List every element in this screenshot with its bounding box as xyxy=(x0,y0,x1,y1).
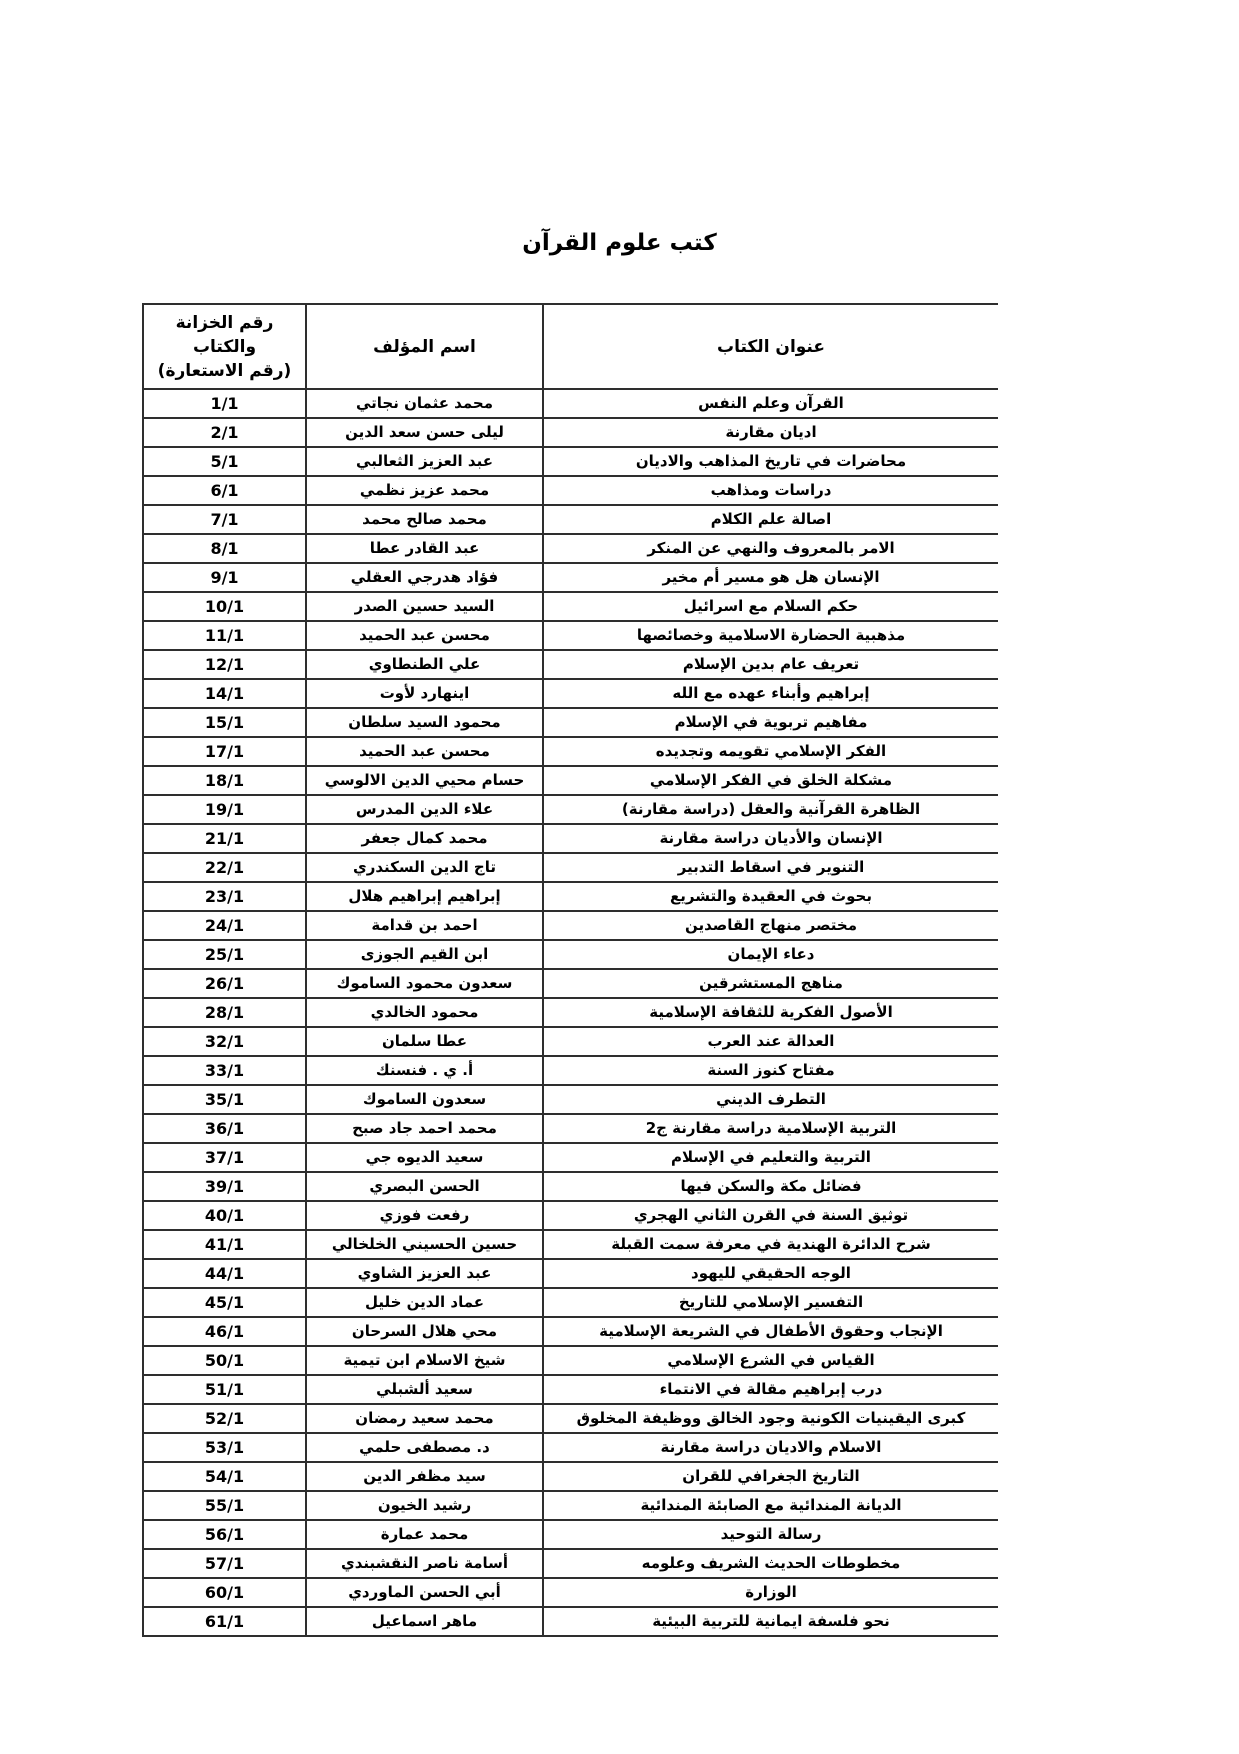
book-title-cell: رسالة التوحيد xyxy=(543,1520,998,1549)
table-row: الإنجاب وحقوق الأطفال في الشريعة الإسلام… xyxy=(143,1317,998,1346)
book-title-cell: الديانة المندائية مع الصابئة المندائية xyxy=(543,1491,998,1520)
shelf-number-value: 18/1 xyxy=(205,770,244,791)
table-row: اديان مقارنة ليلى حسن سعد الدين 2/1 xyxy=(143,418,998,447)
author-cell: محي هلال السرحان xyxy=(306,1317,543,1346)
books-table: عنوان الكتاب اسم المؤلف رقم الخزانة والك… xyxy=(142,303,998,1637)
book-title-cell: دعاء الإيمان xyxy=(543,940,998,969)
author-cell: محمد عزيز نظمي xyxy=(306,476,543,505)
book-title-cell: إبراهيم وأبناء عهده مع الله xyxy=(543,679,998,708)
author-cell: احمد بن قدامة xyxy=(306,911,543,940)
shelf-number-cell: 37/1 xyxy=(143,1143,306,1172)
author-cell: محمود الخالدي xyxy=(306,998,543,1027)
author-cell: رفعت فوزي xyxy=(306,1201,543,1230)
book-title-cell: القياس في الشرع الإسلامي xyxy=(543,1346,998,1375)
book-title-cell: تعريف عام بدين الإسلام xyxy=(543,650,998,679)
author-cell: عبد العزيز الشاوي xyxy=(306,1259,543,1288)
shelf-number-cell: 2/1 xyxy=(143,418,306,447)
book-title-cell: مذهبية الحضارة الاسلامية وخصائصها xyxy=(543,621,998,650)
book-title-cell: التفسير الإسلامي للتاريخ xyxy=(543,1288,998,1317)
table-row: فضائل مكة والسكن فيها الحسن البصري 39/1 xyxy=(143,1172,998,1201)
author-cell: محمد صالح محمد xyxy=(306,505,543,534)
author-cell: محسن عبد الحميد xyxy=(306,737,543,766)
author-cell: أسامة ناصر النقشبندي xyxy=(306,1549,543,1578)
shelf-number-cell: 53/1 xyxy=(143,1433,306,1462)
book-title-cell: الوجه الحقيقي لليهود xyxy=(543,1259,998,1288)
table-row: الامر بالمعروف والنهي عن المنكر عبد القا… xyxy=(143,534,998,563)
document-page: كتب علوم القرآن عنوان الكتاب اسم المؤلف … xyxy=(0,0,1239,1754)
table-row: دراسات ومذاهب محمد عزيز نظمي 6/1 xyxy=(143,476,998,505)
shelf-number-cell: 55/1 xyxy=(143,1491,306,1520)
book-title-cell: الوزارة xyxy=(543,1578,998,1607)
shelf-number-cell: 40/1 xyxy=(143,1201,306,1230)
shelf-number-value: 11/1 xyxy=(205,625,244,646)
shelf-number-value: 55/1 xyxy=(205,1495,244,1516)
table-row: مفاهيم تربوية في الإسلام محمود السيد سلط… xyxy=(143,708,998,737)
shelf-number-value: 37/1 xyxy=(205,1147,244,1168)
header-shelf-number: رقم الخزانة والكتاب (رقم الاستعارة) xyxy=(143,304,306,389)
author-cell: أ. ي . فنسنك xyxy=(306,1056,543,1085)
author-cell: محسن عبد الحميد xyxy=(306,621,543,650)
shelf-number-cell: 19/1 xyxy=(143,795,306,824)
table-row: الوزارة أبي الحسن الماوردي 60/1 xyxy=(143,1578,998,1607)
table-row: كبرى اليقينيات الكونية وجود الخالق ووظيف… xyxy=(143,1404,998,1433)
shelf-number-cell: 25/1 xyxy=(143,940,306,969)
book-title-cell: الفكر الإسلامي تقويمه وتجديده xyxy=(543,737,998,766)
shelf-number-value: 36/1 xyxy=(205,1118,244,1139)
author-cell: سعدون محمود الساموك xyxy=(306,969,543,998)
shelf-number-cell: 56/1 xyxy=(143,1520,306,1549)
shelf-number-cell: 60/1 xyxy=(143,1578,306,1607)
table-row: القياس في الشرع الإسلامي شيخ الاسلام ابن… xyxy=(143,1346,998,1375)
shelf-number-value: 12/1 xyxy=(205,654,244,675)
shelf-number-value: 28/1 xyxy=(205,1002,244,1023)
book-title-cell: التنوير في اسقاط التدبير xyxy=(543,853,998,882)
shelf-number-cell: 50/1 xyxy=(143,1346,306,1375)
shelf-number-value: 10/1 xyxy=(205,596,244,617)
shelf-number-cell: 18/1 xyxy=(143,766,306,795)
author-cell: عبد العزيز الثعالبي xyxy=(306,447,543,476)
book-title-cell: مفاهيم تربوية في الإسلام xyxy=(543,708,998,737)
shelf-number-cell: 35/1 xyxy=(143,1085,306,1114)
author-cell: إبراهيم إبراهيم هلال xyxy=(306,882,543,911)
table-row: تعريف عام بدين الإسلام علي الطنطاوي 12/1 xyxy=(143,650,998,679)
book-title-cell: درب إبراهيم مقالة في الانتماء xyxy=(543,1375,998,1404)
shelf-number-value: 22/1 xyxy=(205,857,244,878)
book-title-cell: اصالة علم الكلام xyxy=(543,505,998,534)
book-title-cell: الامر بالمعروف والنهي عن المنكر xyxy=(543,534,998,563)
author-cell: فؤاد هدرجي العقلي xyxy=(306,563,543,592)
author-cell: تاج الدين السكندري xyxy=(306,853,543,882)
author-cell: حسين الحسيني الخلخالي xyxy=(306,1230,543,1259)
shelf-number-value: 45/1 xyxy=(205,1292,244,1313)
shelf-number-cell: 45/1 xyxy=(143,1288,306,1317)
table-row: التربية الإسلامية دراسة مقارنة ج2 محمد ا… xyxy=(143,1114,998,1143)
shelf-number-value: 52/1 xyxy=(205,1408,244,1429)
shelf-number-cell: 41/1 xyxy=(143,1230,306,1259)
book-title-cell: التطرف الديني xyxy=(543,1085,998,1114)
book-title-cell: شرح الدائرة الهندية في معرفة سمت القبلة xyxy=(543,1230,998,1259)
table-row: مفتاح كنوز السنة أ. ي . فنسنك 33/1 xyxy=(143,1056,998,1085)
book-title-cell: التربية والتعليم في الإسلام xyxy=(543,1143,998,1172)
shelf-number-cell: 1/1 xyxy=(143,389,306,418)
shelf-number-cell: 61/1 xyxy=(143,1607,306,1636)
page-title: كتب علوم القرآن xyxy=(0,230,1239,256)
shelf-number-value: 21/1 xyxy=(205,828,244,849)
table-row: الوجه الحقيقي لليهود عبد العزيز الشاوي 4… xyxy=(143,1259,998,1288)
shelf-number-value: 9/1 xyxy=(210,567,238,588)
shelf-number-value: 23/1 xyxy=(205,886,244,907)
book-title-cell: دراسات ومذاهب xyxy=(543,476,998,505)
book-title-cell: الإنسان هل هو مسير أم مخير xyxy=(543,563,998,592)
table-row: الظاهرة القرآنية والعقل (دراسة مقارنة) ع… xyxy=(143,795,998,824)
book-title-cell: مختصر منهاج القاصدين xyxy=(543,911,998,940)
shelf-number-value: 60/1 xyxy=(205,1582,244,1603)
shelf-number-value: 26/1 xyxy=(205,973,244,994)
shelf-number-value: 24/1 xyxy=(205,915,244,936)
table-row: الإنسان والأديان دراسة مقارنة محمد كمال … xyxy=(143,824,998,853)
shelf-number-cell: 36/1 xyxy=(143,1114,306,1143)
author-cell: ليلى حسن سعد الدين xyxy=(306,418,543,447)
table-row: مشكلة الخلق في الفكر الإسلامي حسام محيي … xyxy=(143,766,998,795)
author-cell: عبد القادر عطا xyxy=(306,534,543,563)
shelf-number-value: 39/1 xyxy=(205,1176,244,1197)
shelf-number-cell: 21/1 xyxy=(143,824,306,853)
shelf-number-cell: 8/1 xyxy=(143,534,306,563)
table-row: نحو فلسفة ايمانية للتربية البيئية ماهر ا… xyxy=(143,1607,998,1636)
book-title-cell: مناهج المستشرقين xyxy=(543,969,998,998)
shelf-number-cell: 6/1 xyxy=(143,476,306,505)
shelf-number-cell: 33/1 xyxy=(143,1056,306,1085)
author-cell: أبي الحسن الماوردي xyxy=(306,1578,543,1607)
shelf-number-cell: 14/1 xyxy=(143,679,306,708)
author-cell: د. مصطفى حلمي xyxy=(306,1433,543,1462)
shelf-number-value: 40/1 xyxy=(205,1205,244,1226)
table-row: مخطوطات الحديث الشريف وعلومه أسامة ناصر … xyxy=(143,1549,998,1578)
author-cell: السيد حسين الصدر xyxy=(306,592,543,621)
table-row: العدالة عند العرب عطا سلمان 32/1 xyxy=(143,1027,998,1056)
author-cell: علاء الدين المدرس xyxy=(306,795,543,824)
table-row: رسالة التوحيد محمد عمارة 56/1 xyxy=(143,1520,998,1549)
book-title-cell: الأصول الفكرية للثقافة الإسلامية xyxy=(543,998,998,1027)
shelf-number-value: 19/1 xyxy=(205,799,244,820)
shelf-number-cell: 11/1 xyxy=(143,621,306,650)
shelf-number-cell: 7/1 xyxy=(143,505,306,534)
shelf-number-value: 6/1 xyxy=(210,480,238,501)
shelf-number-value: 2/1 xyxy=(210,422,238,443)
table-row: بحوث في العقيدة والتشريع إبراهيم إبراهيم… xyxy=(143,882,998,911)
table-row: الأصول الفكرية للثقافة الإسلامية محمود ا… xyxy=(143,998,998,1027)
author-cell: محمد احمد جاد صبح xyxy=(306,1114,543,1143)
book-title-cell: التاريخ الجغرافي للقران xyxy=(543,1462,998,1491)
table-body: القرآن وعلم النفس محمد عثمان نجاتي 1/1 ا… xyxy=(143,389,998,1636)
author-cell: محمد عمارة xyxy=(306,1520,543,1549)
table-row: مناهج المستشرقين سعدون محمود الساموك 26/… xyxy=(143,969,998,998)
book-title-cell: مشكلة الخلق في الفكر الإسلامي xyxy=(543,766,998,795)
book-title-cell: بحوث في العقيدة والتشريع xyxy=(543,882,998,911)
author-cell: ابن القيم الجوزى xyxy=(306,940,543,969)
table-row: التاريخ الجغرافي للقران سيد مظفر الدين 5… xyxy=(143,1462,998,1491)
author-cell: ماهر اسماعيل xyxy=(306,1607,543,1636)
book-title-cell: التربية الإسلامية دراسة مقارنة ج2 xyxy=(543,1114,998,1143)
author-cell: سعدون الساموك xyxy=(306,1085,543,1114)
book-title-cell: الإنسان والأديان دراسة مقارنة xyxy=(543,824,998,853)
shelf-number-cell: 23/1 xyxy=(143,882,306,911)
shelf-number-value: 35/1 xyxy=(205,1089,244,1110)
shelf-number-value: 1/1 xyxy=(210,393,238,414)
shelf-number-value: 15/1 xyxy=(205,712,244,733)
table-row: الإنسان هل هو مسير أم مخير فؤاد هدرجي ال… xyxy=(143,563,998,592)
author-cell: علي الطنطاوي xyxy=(306,650,543,679)
shelf-number-value: 25/1 xyxy=(205,944,244,965)
shelf-number-value: 61/1 xyxy=(205,1611,244,1632)
author-cell: عماد الدين خليل xyxy=(306,1288,543,1317)
table-row: الديانة المندائية مع الصابئة المندائية ر… xyxy=(143,1491,998,1520)
author-cell: محمود السيد سلطان xyxy=(306,708,543,737)
author-cell: سعيد ألشبلي xyxy=(306,1375,543,1404)
table-row: شرح الدائرة الهندية في معرفة سمت القبلة … xyxy=(143,1230,998,1259)
shelf-number-value: 46/1 xyxy=(205,1321,244,1342)
table-row: دعاء الإيمان ابن القيم الجوزى 25/1 xyxy=(143,940,998,969)
table-row: درب إبراهيم مقالة في الانتماء سعيد ألشبل… xyxy=(143,1375,998,1404)
shelf-number-cell: 17/1 xyxy=(143,737,306,766)
book-title-cell: الاسلام والاديان دراسة مقارنة xyxy=(543,1433,998,1462)
shelf-number-value: 8/1 xyxy=(210,538,238,559)
header-book-title: عنوان الكتاب xyxy=(543,304,998,389)
shelf-number-value: 57/1 xyxy=(205,1553,244,1574)
shelf-number-cell: 12/1 xyxy=(143,650,306,679)
author-cell: اينهارد لأوت xyxy=(306,679,543,708)
author-cell: سعيد الديوه جي xyxy=(306,1143,543,1172)
header-author: اسم المؤلف xyxy=(306,304,543,389)
shelf-number-cell: 10/1 xyxy=(143,592,306,621)
shelf-number-cell: 54/1 xyxy=(143,1462,306,1491)
shelf-number-cell: 51/1 xyxy=(143,1375,306,1404)
author-cell: محمد سعيد رمضان xyxy=(306,1404,543,1433)
shelf-number-cell: 32/1 xyxy=(143,1027,306,1056)
table-row: التربية والتعليم في الإسلام سعيد الديوه … xyxy=(143,1143,998,1172)
author-cell: سيد مظفر الدين xyxy=(306,1462,543,1491)
shelf-number-cell: 26/1 xyxy=(143,969,306,998)
book-title-cell: نحو فلسفة ايمانية للتربية البيئية xyxy=(543,1607,998,1636)
table-row: الفكر الإسلامي تقويمه وتجديده محسن عبد ا… xyxy=(143,737,998,766)
shelf-number-cell: 9/1 xyxy=(143,563,306,592)
book-title-cell: محاضرات في تاريخ المذاهب والاديان xyxy=(543,447,998,476)
shelf-number-value: 44/1 xyxy=(205,1263,244,1284)
book-title-cell: مخطوطات الحديث الشريف وعلومه xyxy=(543,1549,998,1578)
author-cell: الحسن البصري xyxy=(306,1172,543,1201)
author-cell: عطا سلمان xyxy=(306,1027,543,1056)
book-title-cell: حكم السلام مع اسرائيل xyxy=(543,592,998,621)
author-cell: شيخ الاسلام ابن تيمية xyxy=(306,1346,543,1375)
shelf-number-value: 17/1 xyxy=(205,741,244,762)
table-row: القرآن وعلم النفس محمد عثمان نجاتي 1/1 xyxy=(143,389,998,418)
shelf-number-cell: 15/1 xyxy=(143,708,306,737)
shelf-number-value: 7/1 xyxy=(210,509,238,530)
table-row: التفسير الإسلامي للتاريخ عماد الدين خليل… xyxy=(143,1288,998,1317)
table-row: حكم السلام مع اسرائيل السيد حسين الصدر 1… xyxy=(143,592,998,621)
book-title-cell: العدالة عند العرب xyxy=(543,1027,998,1056)
author-cell: محمد كمال جعفر xyxy=(306,824,543,853)
table-row: التنوير في اسقاط التدبير تاج الدين السكن… xyxy=(143,853,998,882)
book-title-cell: مفتاح كنوز السنة xyxy=(543,1056,998,1085)
shelf-number-cell: 57/1 xyxy=(143,1549,306,1578)
shelf-number-value: 53/1 xyxy=(205,1437,244,1458)
shelf-number-value: 51/1 xyxy=(205,1379,244,1400)
author-cell: محمد عثمان نجاتي xyxy=(306,389,543,418)
table-row: التطرف الديني سعدون الساموك 35/1 xyxy=(143,1085,998,1114)
table-row: توثيق السنة في القرن الثاني الهجري رفعت … xyxy=(143,1201,998,1230)
shelf-number-cell: 24/1 xyxy=(143,911,306,940)
book-title-cell: كبرى اليقينيات الكونية وجود الخالق ووظيف… xyxy=(543,1404,998,1433)
table-row: الاسلام والاديان دراسة مقارنة د. مصطفى ح… xyxy=(143,1433,998,1462)
shelf-number-cell: 22/1 xyxy=(143,853,306,882)
book-title-cell: القرآن وعلم النفس xyxy=(543,389,998,418)
book-title-cell: الظاهرة القرآنية والعقل (دراسة مقارنة) xyxy=(543,795,998,824)
shelf-number-value: 32/1 xyxy=(205,1031,244,1052)
book-title-cell: فضائل مكة والسكن فيها xyxy=(543,1172,998,1201)
shelf-number-value: 54/1 xyxy=(205,1466,244,1487)
book-title-cell: اديان مقارنة xyxy=(543,418,998,447)
shelf-number-cell: 44/1 xyxy=(143,1259,306,1288)
shelf-number-value: 50/1 xyxy=(205,1350,244,1371)
table-row: محاضرات في تاريخ المذاهب والاديان عبد ال… xyxy=(143,447,998,476)
shelf-number-value: 41/1 xyxy=(205,1234,244,1255)
table-row: اصالة علم الكلام محمد صالح محمد 7/1 xyxy=(143,505,998,534)
table-row: إبراهيم وأبناء عهده مع الله اينهارد لأوت… xyxy=(143,679,998,708)
shelf-number-value: 56/1 xyxy=(205,1524,244,1545)
shelf-number-cell: 28/1 xyxy=(143,998,306,1027)
book-title-cell: الإنجاب وحقوق الأطفال في الشريعة الإسلام… xyxy=(543,1317,998,1346)
author-cell: رشيد الخيون xyxy=(306,1491,543,1520)
table-row: مذهبية الحضارة الاسلامية وخصائصها محسن ع… xyxy=(143,621,998,650)
shelf-number-cell: 46/1 xyxy=(143,1317,306,1346)
shelf-number-cell: 5/1 xyxy=(143,447,306,476)
shelf-number-cell: 39/1 xyxy=(143,1172,306,1201)
table-header-row: عنوان الكتاب اسم المؤلف رقم الخزانة والك… xyxy=(143,304,998,389)
shelf-number-value: 14/1 xyxy=(205,683,244,704)
shelf-number-value: 33/1 xyxy=(205,1060,244,1081)
shelf-number-cell: 52/1 xyxy=(143,1404,306,1433)
book-title-cell: توثيق السنة في القرن الثاني الهجري xyxy=(543,1201,998,1230)
table-row: مختصر منهاج القاصدين احمد بن قدامة 24/1 xyxy=(143,911,998,940)
shelf-number-value: 5/1 xyxy=(210,451,238,472)
author-cell: حسام محيي الدين الالوسي xyxy=(306,766,543,795)
